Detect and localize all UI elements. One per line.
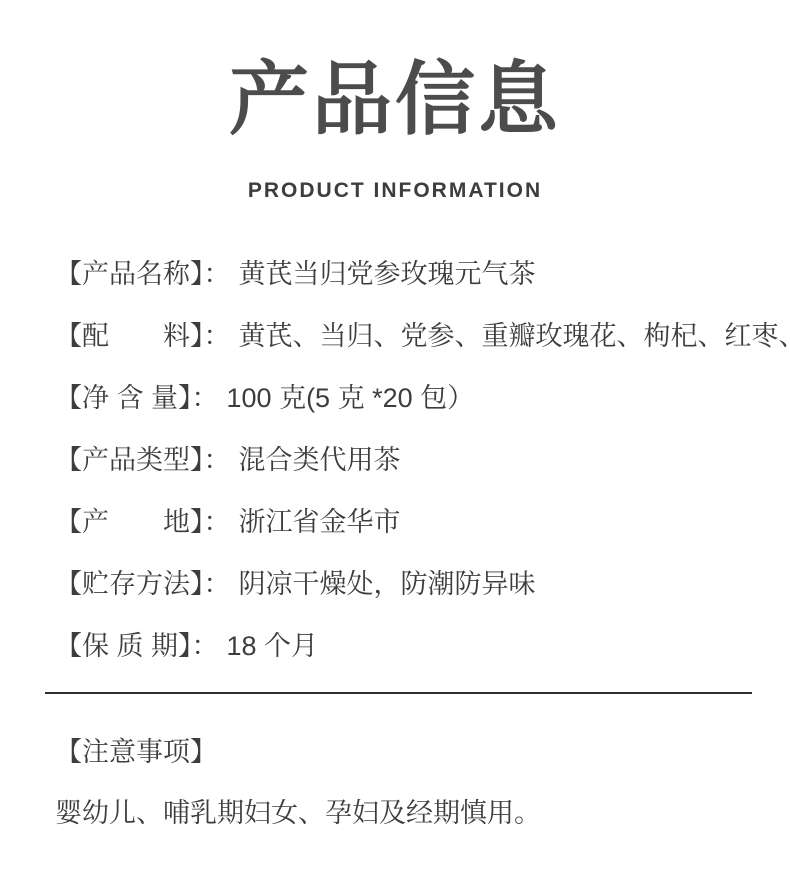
product-info-page: 产品信息 PRODUCT INFORMATION 【产品名称】： 黄芪当归党参玫… [0,0,790,895]
notes-warning-text: 婴幼儿、哺乳期妇女、孕妇及经期慎用。 [55,797,735,830]
spec-row-ingredients: 【配 料】： 黄芪、当归、党参、重瓣玫瑰花、枸杞、红枣、桂圆 [55,320,738,353]
spec-label: 【净 含 量】： [55,382,219,415]
spec-list: 【产品名称】： 黄芪当归党参玫瑰元气茶 【配 料】： 黄芪、当归、党参、重瓣玫瑰… [0,258,790,663]
spec-label: 【产品类型】： [55,444,231,477]
spec-label: 【产 地】： [55,506,231,539]
spec-label: 【保 质 期】： [55,630,219,663]
page-title: 产品信息 [0,52,790,148]
page-header: 产品信息 PRODUCT INFORMATION [0,0,790,204]
spec-row-shelf-life: 【保 质 期】： 18 个月 [55,630,738,663]
spec-row-product-type: 【产品类型】： 混合类代用茶 [55,444,738,477]
spec-row-storage: 【贮存方法】： 阴凉干燥处，防潮防异味 [55,568,738,601]
spec-row-net-weight: 【净 含 量】： 100 克(5 克 *20 包） [55,382,738,415]
spec-value: 黄芪当归党参玫瑰元气茶 [239,258,536,291]
spec-value: 混合类代用茶 [239,444,401,477]
spec-value: 100 克(5 克 *20 包） [227,382,475,415]
spec-value: 黄芪、当归、党参、重瓣玫瑰花、枸杞、红枣、桂圆 [239,320,790,353]
page-subtitle: PRODUCT INFORMATION [0,178,790,204]
spec-value: 浙江省金华市 [239,506,401,539]
spec-value: 18 个月 [227,630,319,663]
notes-heading: 【注意事项】 [55,736,735,769]
spec-row-product-name: 【产品名称】： 黄芪当归党参玫瑰元气茶 [55,258,738,291]
spec-label: 【产品名称】： [55,258,231,291]
spec-value: 阴凉干燥处，防潮防异味 [239,568,536,601]
spec-label: 【贮存方法】： [55,568,231,601]
spec-row-origin: 【产 地】： 浙江省金华市 [55,506,738,539]
notes-section: 【注意事项】 婴幼儿、哺乳期妇女、孕妇及经期慎用。 [0,736,790,830]
spec-label: 【配 料】： [55,320,231,353]
section-divider [45,692,752,694]
